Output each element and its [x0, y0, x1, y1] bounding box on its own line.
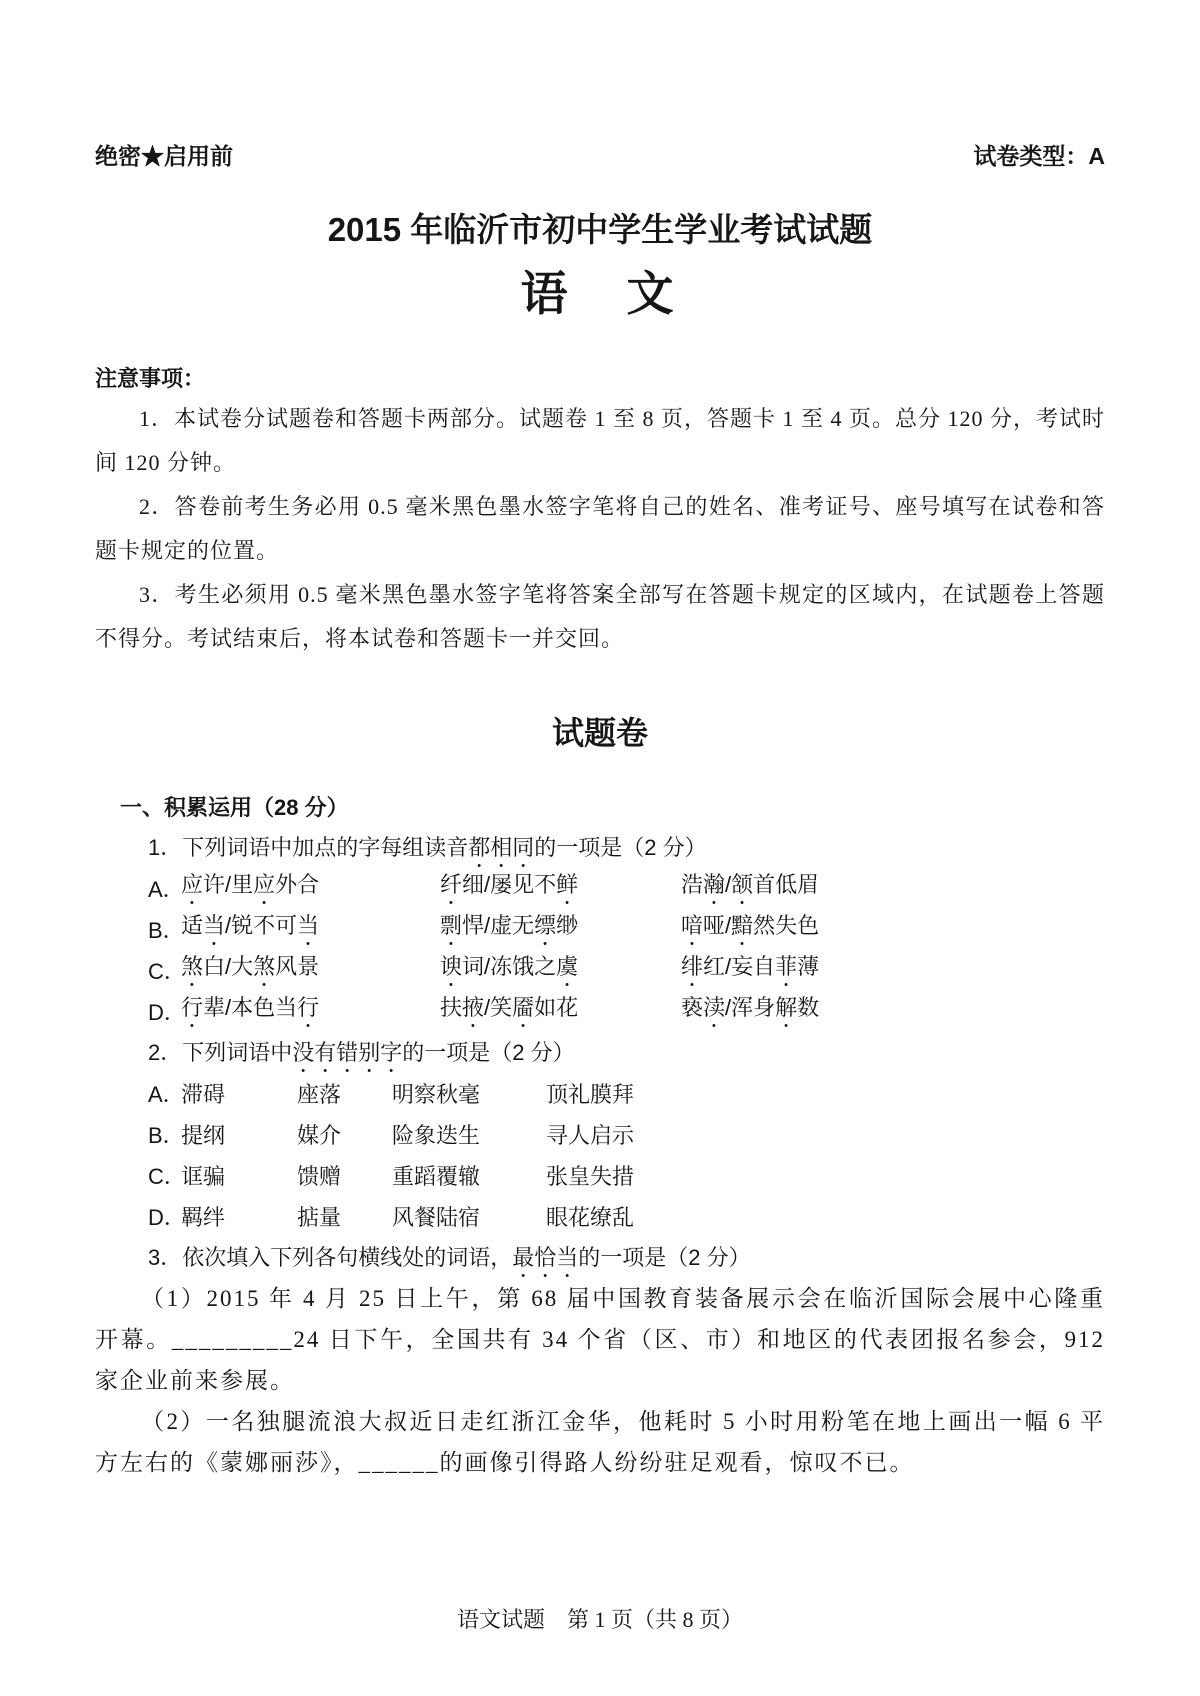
option-letter: B． — [148, 1119, 181, 1150]
word-pair: 绯红/妄自菲薄 — [681, 950, 1105, 991]
word-pair: 纤细/屡见不鲜 — [440, 868, 681, 909]
security-classification-label: 绝密★启用前 — [95, 138, 233, 171]
text-run: 薄 — [797, 954, 819, 979]
emphasized-chars: 绯 — [681, 954, 703, 979]
option-letter: C． — [148, 1160, 181, 1191]
q1-option-B: B．适当/锐不可当剽悍/虚无缥缈喑哑/黯然失色 — [95, 909, 1105, 950]
text-run: 浩 — [681, 872, 703, 897]
word: 明察秋毫 — [392, 1078, 546, 1109]
notice-item-3: 3．考生必须用 0.5 毫米黑色墨水签字笔将答案全部写在答题卡规定的区域内，在试… — [95, 573, 1105, 661]
q1-options: A．应许/里应外合纤细/屡见不鲜浩瀚/颔首低眉B．适当/锐不可当剽悍/虚无缥缈喑… — [95, 868, 1105, 1032]
emphasized-chars: 最恰当 — [512, 1245, 578, 1270]
word-pair: 行辈/本色当行 — [181, 991, 440, 1032]
word-pair: 浩瀚/颔首低眉 — [681, 868, 1105, 909]
text-run: 如花 — [534, 995, 578, 1020]
word: 羁绊 — [181, 1201, 297, 1232]
text-run: /浑身 — [725, 995, 775, 1020]
option-letter: C． — [148, 955, 181, 986]
notice-heading: 注意事项： — [95, 361, 1105, 397]
q3-sentence-1: （1）2015 年 4 月 25 日上午，第 68 届中国教育装备展示会在临沂国… — [95, 1278, 1105, 1401]
notice-item-1: 1．本试卷分试题卷和答题卡两部分。试题卷 1 至 8 页，答题卡 1 至 4 页… — [95, 397, 1105, 485]
emphasized-chars: 煞 — [181, 954, 203, 979]
q1-option-C: C．煞白/大煞风景谀词/冻饿之虞绯红/妄自菲薄 — [95, 950, 1105, 991]
exam-title: 2015 年临沂市初中学生学业考试试题 — [95, 207, 1105, 253]
word-pair: 谀词/冻饿之虞 — [440, 950, 681, 991]
q1-stem: 1．下列词语中加点的字每组读音都相同的一项是（2 分） — [95, 827, 1105, 868]
emphasized-chars: 靥 — [512, 995, 534, 1020]
q2-options: A．滞碍座落明察秋毫顶礼膜拜B．提纲媒介险象迭生寻人启示C．诓骗馈赠重蹈覆辙张皇… — [95, 1073, 1105, 1237]
text-run: 的一项是（2 分） — [534, 835, 706, 860]
word-pair: 适当/锐不可当 — [181, 909, 440, 950]
text-run: 的一项是（2 分） — [578, 1245, 750, 1270]
text-run: 然失色 — [753, 913, 819, 938]
emphasized-chars: 谀 — [440, 954, 462, 979]
word: 险象迭生 — [392, 1119, 546, 1150]
option-letter: A． — [148, 873, 181, 904]
word: 馈赠 — [297, 1160, 392, 1191]
emphasized-chars: 行 — [297, 995, 319, 1020]
q2-option-D: D．羁绊掂量风餐陆宿眼花缭乱 — [95, 1196, 1105, 1237]
word: 顶礼膜拜 — [546, 1078, 1105, 1109]
paper-type-label: 试卷类型：A — [973, 138, 1105, 171]
footer-page-info: 语文试题 第 1 页（共 8 页） — [0, 1603, 1200, 1634]
option-letter: A． — [148, 1078, 181, 1109]
word-pair: 剽悍/虚无缥缈 — [440, 909, 681, 950]
text-run: 细/屡见不 — [462, 872, 556, 897]
q1-option-A: A．应许/里应外合纤细/屡见不鲜浩瀚/颔首低眉 — [95, 868, 1105, 909]
option-letter: B． — [148, 914, 181, 945]
emphasized-chars: 都相同 — [468, 835, 534, 860]
subject-title: 语 文 — [95, 265, 1105, 323]
emphasized-chars: 缥 — [534, 913, 556, 938]
emphasized-chars: 鲜 — [556, 872, 578, 897]
section-1-heading: 一、积累运用（28 分） — [95, 789, 1105, 827]
option-letter: D． — [148, 996, 181, 1027]
emphasized-chars: 喑 — [681, 913, 703, 938]
emphasized-chars: 菲 — [775, 954, 797, 979]
q2-stem: 2．下列词语中没有错别字的一项是（2 分） — [95, 1032, 1105, 1073]
word-pair: 扶掖/笑靥如花 — [440, 991, 681, 1032]
emphasized-chars: 当 — [203, 913, 225, 938]
emphasized-chars: 应 — [253, 872, 275, 897]
q2-option-C: C．诓骗馈赠重蹈覆辙张皇失措 — [95, 1155, 1105, 1196]
word: 风餐陆宿 — [392, 1201, 546, 1232]
emphasized-chars: 虞 — [556, 954, 578, 979]
text-run: 数 — [797, 995, 819, 1020]
text-run: 外合 — [275, 872, 319, 897]
word: 张皇失措 — [546, 1160, 1105, 1191]
option-letter: D． — [148, 1201, 181, 1232]
word-pair: 煞白/大煞风景 — [181, 950, 440, 991]
emphasized-chars: 剽 — [440, 913, 462, 938]
text-run: 缈 — [556, 913, 578, 938]
exam-paper-page: { "header": { "left": "绝密★启用前", "right":… — [0, 0, 1200, 1696]
word-pair: 应许/里应外合 — [181, 868, 440, 909]
emphasized-chars: 没有错别字 — [292, 1040, 402, 1065]
q3-paragraphs: （1）2015 年 4 月 25 日上午，第 68 届中国教育装备展示会在临沂国… — [95, 1278, 1105, 1483]
q3-sentence-2: （2）一名独腿流浪大叔近日走红浙江金华，他耗时 5 小时用粉笔在地上画出一幅 6… — [95, 1401, 1105, 1483]
word: 座落 — [297, 1078, 392, 1109]
notice-list: 1．本试卷分试题卷和答题卡两部分。试题卷 1 至 8 页，答题卡 1 至 4 页… — [95, 397, 1105, 661]
page-header: 绝密★启用前 试卷类型：A — [95, 138, 1105, 171]
word: 寻人启示 — [546, 1119, 1105, 1150]
word: 提纲 — [181, 1119, 297, 1150]
text-run: /锐不可 — [225, 913, 297, 938]
emphasized-chars: 掖 — [462, 995, 484, 1020]
text-run: 悍/虚无 — [462, 913, 534, 938]
text-run: 1．下列词语中加点的字每组读音 — [148, 835, 468, 860]
q2-option-B: B．提纲媒介险象迭生寻人启示 — [95, 1114, 1105, 1155]
text-run: /笑 — [484, 995, 512, 1020]
emphasized-chars: 当 — [297, 913, 319, 938]
word: 眼花缭乱 — [546, 1201, 1105, 1232]
emphasized-chars: 瀚 — [703, 872, 725, 897]
text-run: 适 — [181, 913, 203, 938]
text-run: 红/妄自 — [703, 954, 775, 979]
emphasized-chars: 煞 — [253, 954, 275, 979]
text-run: 风景 — [275, 954, 319, 979]
text-run: 首低眉 — [753, 872, 819, 897]
emphasized-chars: 解 — [775, 995, 797, 1020]
word: 掂量 — [297, 1201, 392, 1232]
text-run: 扶 — [440, 995, 462, 1020]
word: 媒介 — [297, 1119, 392, 1150]
word: 重蹈覆辙 — [392, 1160, 546, 1191]
emphasized-chars: 渎 — [703, 995, 725, 1020]
q3-stem: 3．依次填入下列各句横线处的词语，最恰当的一项是（2 分） — [95, 1237, 1105, 1278]
text-run: 辈/本色当 — [203, 995, 297, 1020]
emphasized-chars: 颔 — [731, 872, 753, 897]
text-run: 3．依次填入下列各句横线处的词语， — [148, 1245, 512, 1270]
q1-option-D: D．行辈/本色当行扶掖/笑靥如花亵渎/浑身解数 — [95, 991, 1105, 1032]
word: 滞碍 — [181, 1078, 297, 1109]
emphasized-chars: 行 — [181, 995, 203, 1020]
emphasized-chars: 纤 — [440, 872, 462, 897]
text-run: 白/大 — [203, 954, 253, 979]
emphasized-chars: 黯 — [731, 913, 753, 938]
emphasized-chars: 应 — [181, 872, 203, 897]
text-run: 亵 — [681, 995, 703, 1020]
word-pair: 亵渎/浑身解数 — [681, 991, 1105, 1032]
question-sheet-heading: 试题卷 — [95, 711, 1105, 755]
q2-option-A: A．滞碍座落明察秋毫顶礼膜拜 — [95, 1073, 1105, 1114]
notice-item-2: 2．答卷前考生务必用 0.5 毫米黑色墨水签字笔将自己的姓名、准考证号、座号填写… — [95, 485, 1105, 573]
text-run: 许/里 — [203, 872, 253, 897]
text-run: 哑/ — [703, 913, 731, 938]
text-run: 的一项是（2 分） — [402, 1040, 574, 1065]
word-pair: 喑哑/黯然失色 — [681, 909, 1105, 950]
word: 诓骗 — [181, 1160, 297, 1191]
text-run: 2．下列词语中 — [148, 1040, 292, 1065]
text-run: 词/冻饿之 — [462, 954, 556, 979]
